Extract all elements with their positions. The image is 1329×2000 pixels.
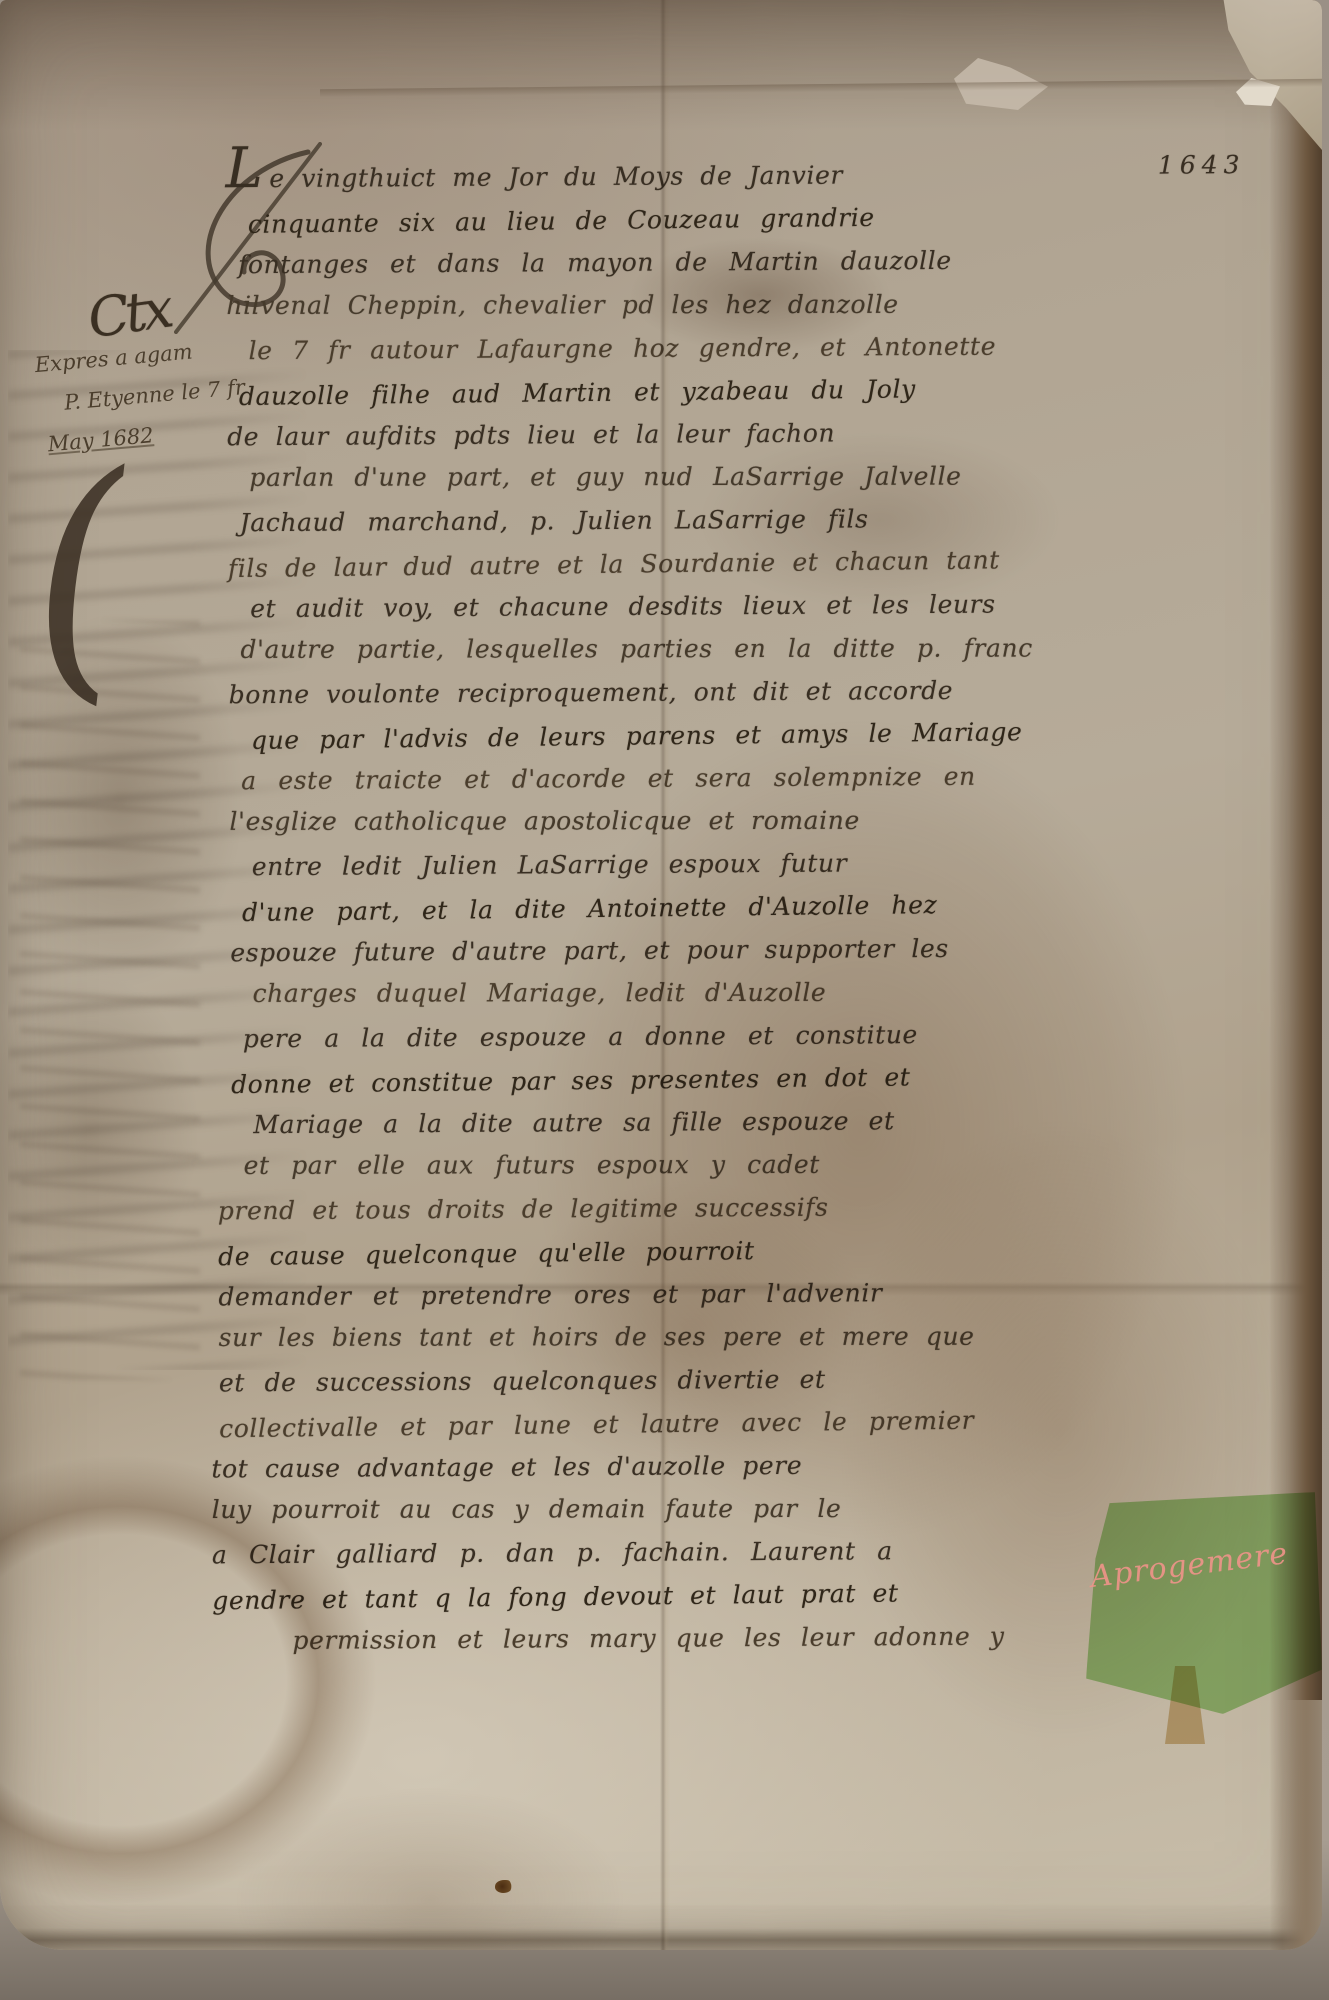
manuscript-line: Mariage a la dite autre sa fille espouze… <box>253 1097 1309 1146</box>
manuscript-line: d'autre partie, lesquelles parties en la… <box>240 626 1306 671</box>
manuscript-line: et audit voy, et chacune desdits lieux e… <box>250 581 1306 630</box>
verso-ink-bleedthrough-2 <box>20 620 200 1380</box>
opening-line: Le vingthuict me Jor du Moys de Janvier … <box>225 143 1245 200</box>
manuscript-text: Le vingthuict me Jor du Moys de Janvier … <box>223 143 1312 1663</box>
manuscript-line: parlan d'une part, et guy nud LaSarrige … <box>249 454 1305 499</box>
ink-spot <box>495 1880 513 1893</box>
opening-text: Le vingthuict me Jor du Moys de Janvier <box>225 146 843 201</box>
manuscript-line: hilvenal Cheppin, chevalier pd les hez d… <box>226 282 1304 327</box>
top-fold-crease <box>320 79 1322 98</box>
manuscript-line: l'esglize catholicque apostolicque et ro… <box>229 798 1307 843</box>
green-watermark-patch <box>1086 1492 1322 1714</box>
margin-ink-bracket: ( <box>20 420 138 732</box>
year-1643: 1643 <box>1158 143 1246 195</box>
right-page-edge-light <box>1282 1700 1322 1950</box>
manuscript-line: et par elle aux futurs espoux y cadet <box>244 1142 1310 1187</box>
manuscript-line: charges duquel Mariage, ledit d'Auzolle <box>253 970 1309 1015</box>
torn-corner <box>1202 0 1322 150</box>
manuscript-page: Ctx Expres a agam P. Etyenne le 7 fr May… <box>0 0 1322 1950</box>
initial-letter: L <box>225 136 263 201</box>
manuscript-line: sur les biens tant et hoirs de ses pere … <box>219 1314 1311 1359</box>
photograph-of-manuscript: { "document": { "kind": "17th-century Fr… <box>0 0 1329 2000</box>
